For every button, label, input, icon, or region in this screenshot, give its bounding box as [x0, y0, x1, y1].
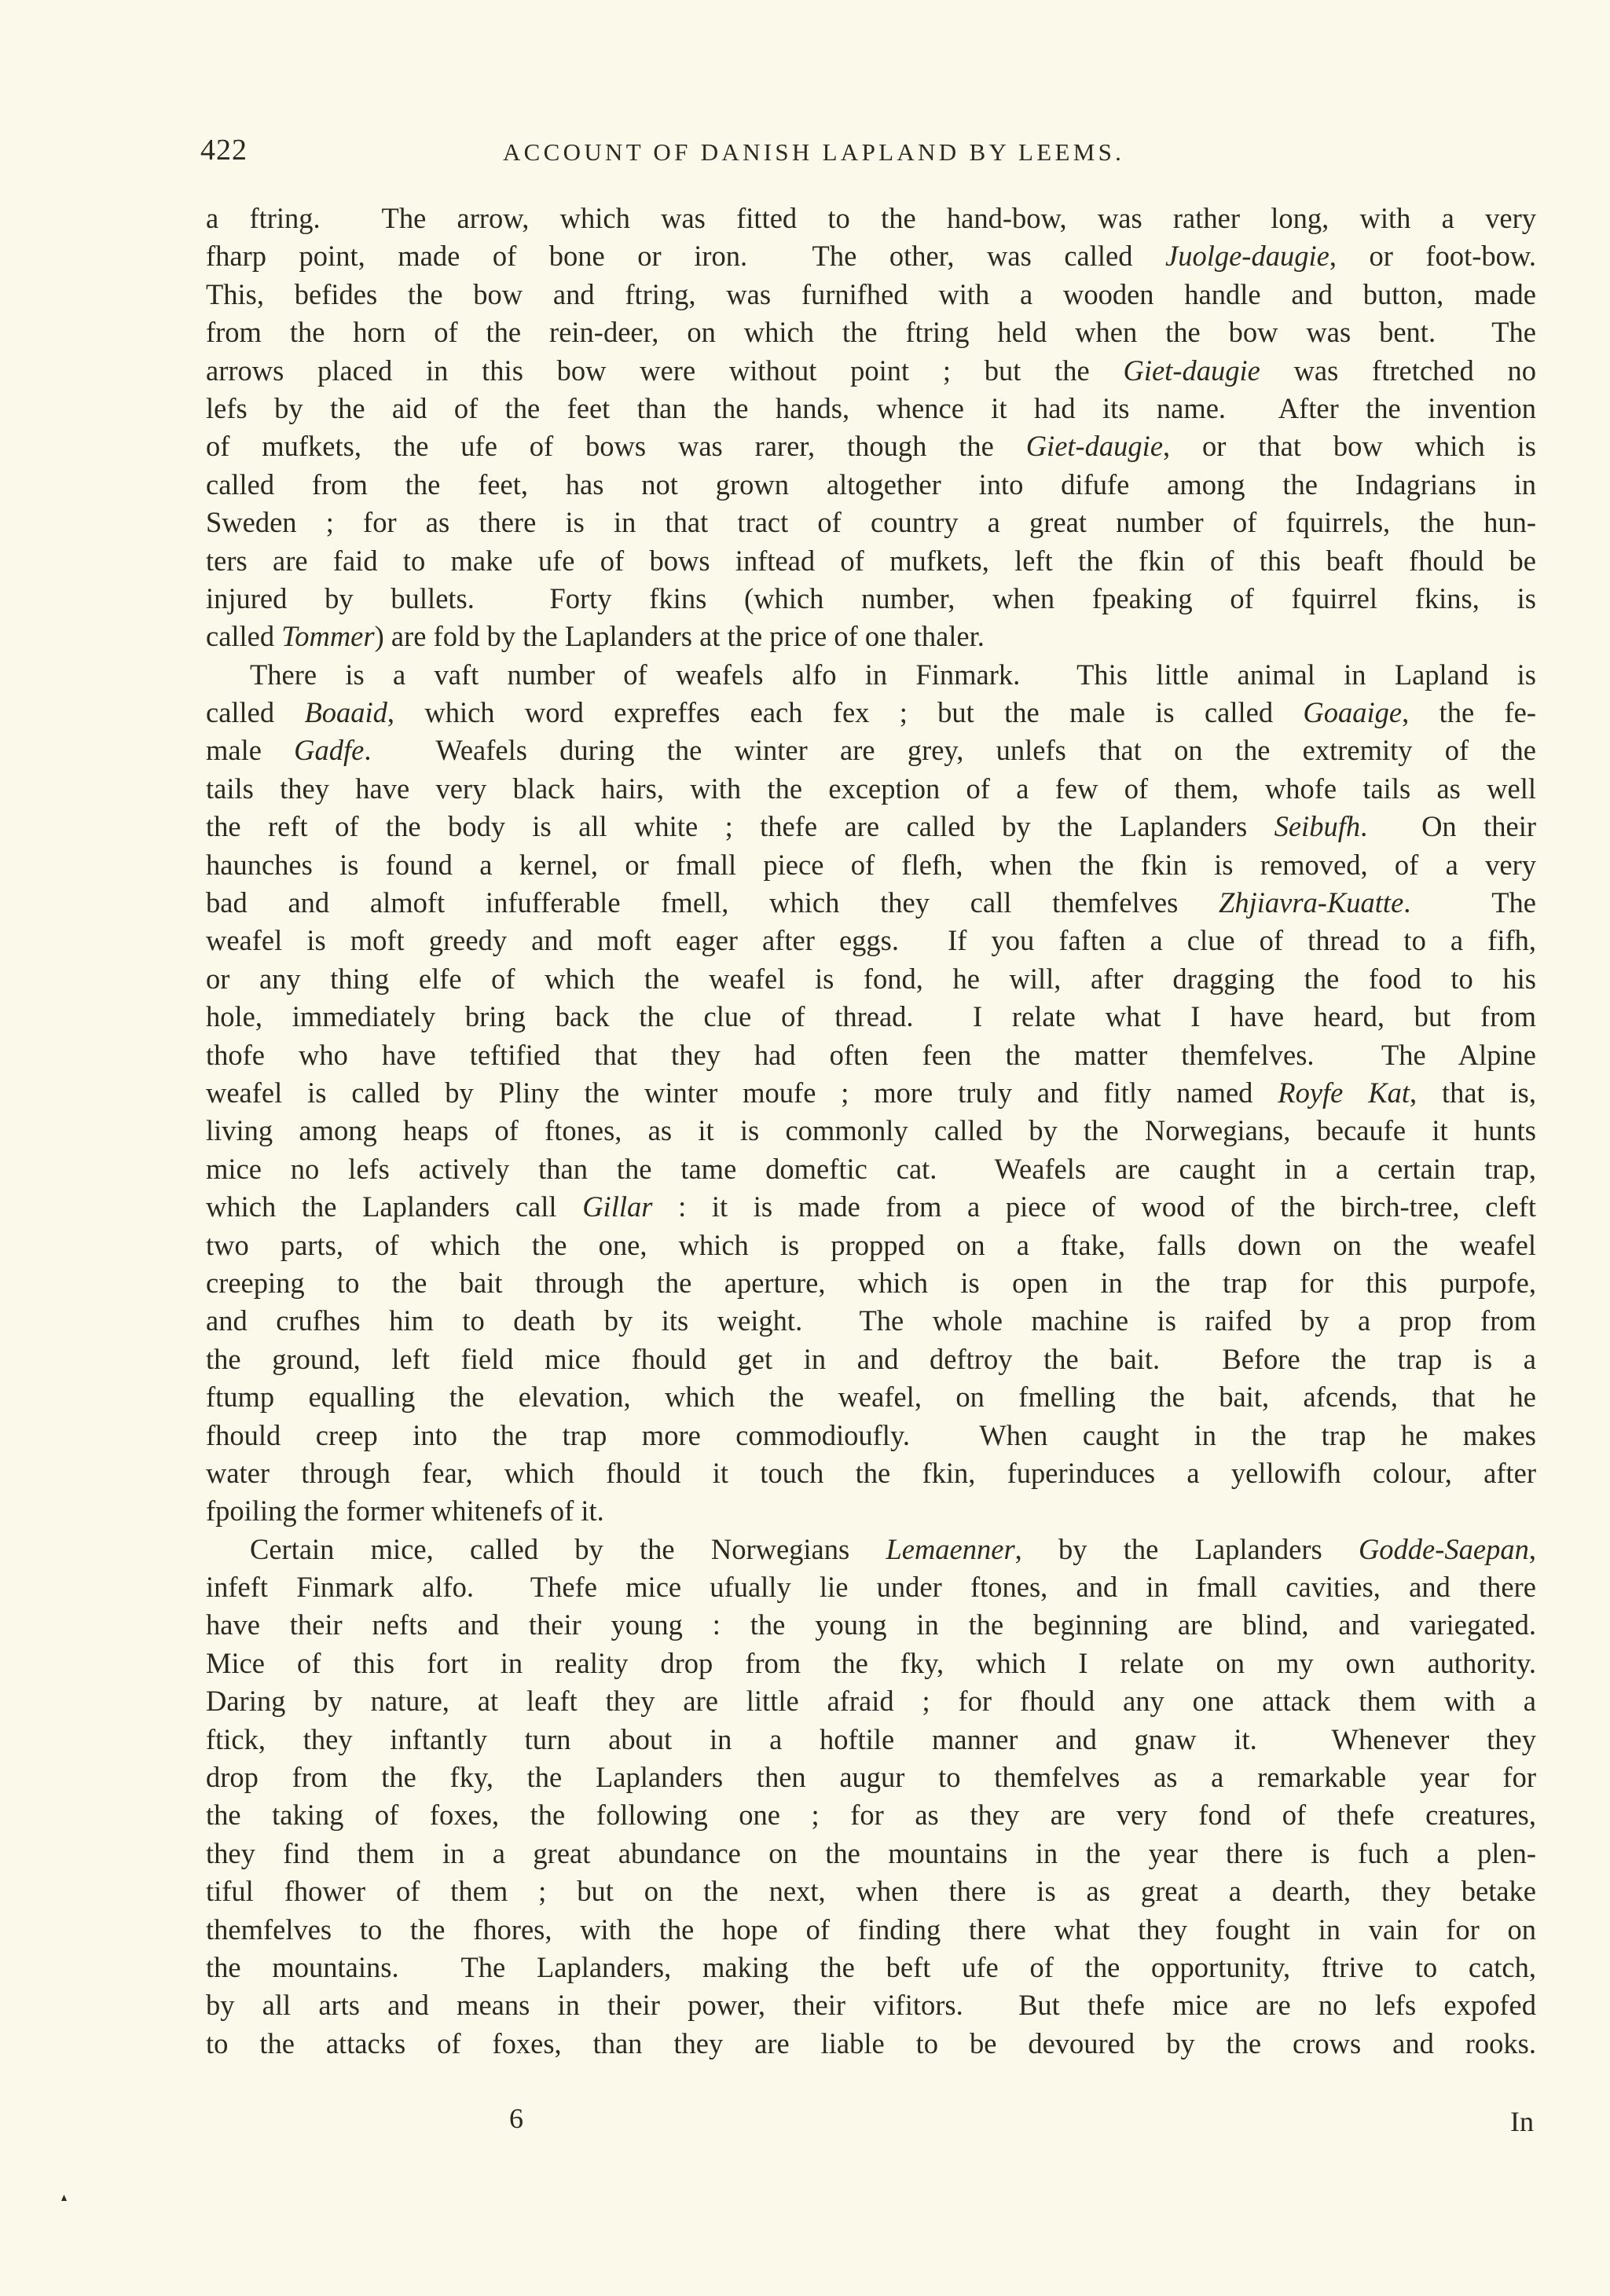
ink-speck — [61, 2195, 67, 2201]
italic-term: Royfe Kat — [1278, 1076, 1410, 1109]
text-run: themfelves to the fhores, with the hope … — [206, 1913, 1536, 1946]
italic-term: Giet-daugie — [1026, 430, 1163, 462]
text-line: the reft of the body is all white ; thef… — [206, 808, 1536, 845]
text-run: hole, immediately bring back the clue of… — [206, 1000, 1536, 1032]
text-line: they find them in a great abundance on t… — [206, 1835, 1536, 1872]
text-run: haunches is found a kernel, or fmall pie… — [206, 849, 1536, 881]
text-run: thofe who have teftified that they had o… — [206, 1039, 1536, 1071]
text-run: , — [1529, 1533, 1536, 1565]
text-line: two parts, of which the one, which is pr… — [206, 1227, 1536, 1264]
text-run: male — [206, 734, 294, 766]
text-line: arrows placed in this bow were without p… — [206, 352, 1536, 390]
text-line: from the horn of the rein-deer, on which… — [206, 314, 1536, 351]
running-head-title: ACCOUNT OF DANISH LAPLAND BY LEEMS. — [503, 133, 1124, 172]
text-run: ftick, they inftantly turn about in a ho… — [206, 1723, 1536, 1755]
text-run: have their nefts and their young : the y… — [206, 1608, 1536, 1641]
text-run: of mufkets, the ufe of bows was rarer, t… — [206, 430, 1026, 462]
text-run: called — [206, 620, 281, 652]
text-line: bad and almoft infufferable fmell, which… — [206, 884, 1536, 922]
text-run: the taking of foxes, the following one ;… — [206, 1799, 1536, 1831]
text-line: This, befides the bow and ftring, was fu… — [206, 276, 1536, 314]
text-line: hole, immediately bring back the clue of… — [206, 998, 1536, 1036]
text-line: called from the feet, has not grown alto… — [206, 466, 1536, 504]
text-run: drop from the fky, the Laplanders then a… — [206, 1761, 1536, 1793]
text-line: living among heaps of ftones, as it is c… — [206, 1112, 1536, 1150]
text-run: two parts, of which the one, which is pr… — [206, 1229, 1536, 1261]
text-line: of mufkets, the ufe of bows was rarer, t… — [206, 427, 1536, 465]
italic-term: Lemaenner — [886, 1533, 1014, 1565]
text-run: , or that bow which is — [1163, 430, 1536, 462]
italic-term: Giet-daugie — [1123, 354, 1260, 387]
text-run: bad and almoft infufferable fmell, which… — [206, 886, 1219, 919]
text-run: . On their — [1360, 810, 1536, 842]
text-run: , that is, — [1410, 1076, 1536, 1109]
text-run: living among heaps of ftones, as it is c… — [206, 1114, 1536, 1146]
text-line: thofe who have teftified that they had o… — [206, 1036, 1536, 1074]
text-run: There is a vaft number of weafels alfo i… — [250, 658, 1536, 691]
text-line: water through fear, which fhould it touc… — [206, 1454, 1536, 1492]
text-run: by all arts and means in their power, th… — [206, 1989, 1536, 2021]
italic-term: Juolge-daugie — [1165, 240, 1329, 272]
italic-term: Goaaige — [1303, 696, 1402, 728]
text-run: fhould creep into the trap more commodio… — [206, 1419, 1536, 1451]
text-line: haunches is found a kernel, or fmall pie… — [206, 846, 1536, 884]
text-line: ftick, they inftantly turn about in a ho… — [206, 1721, 1536, 1759]
text-line: themfelves to the fhores, with the hope … — [206, 1911, 1536, 1949]
text-line: infeft Finmark alfo. Thefe mice ufually … — [206, 1568, 1536, 1606]
text-run: Mice of this fort in reality drop from t… — [206, 1647, 1536, 1679]
text-line: male Gadfe. Weafels during the winter ar… — [206, 732, 1536, 769]
text-line: tiful fhower of them ; but on the next, … — [206, 1872, 1536, 1910]
italic-term: Seibufh — [1274, 810, 1360, 842]
text-line: called Boaaid, which word expreffes each… — [206, 694, 1536, 732]
text-line: the ground, left field mice fhould get i… — [206, 1341, 1536, 1378]
text-run: to the attacks of foxes, than they are l… — [206, 2027, 1536, 2059]
text-run: injured by bullets. Forty fkins (which n… — [206, 582, 1536, 614]
text-run: . Weafels during the winter are grey, un… — [364, 734, 1536, 766]
text-run: This, befides the bow and ftring, was fu… — [206, 278, 1536, 310]
text-line: lefs by the aid of the feet than the han… — [206, 390, 1536, 427]
text-run: weafel is moft greedy and moft eager aft… — [206, 924, 1536, 956]
text-line: the taking of foxes, the following one ;… — [206, 1796, 1536, 1834]
text-run: the ground, left field mice fhould get i… — [206, 1343, 1536, 1375]
text-run: arrows placed in this bow were without p… — [206, 354, 1123, 387]
text-run: the mountains. The Laplanders, making th… — [206, 1951, 1536, 1983]
text-line: by all arts and means in their power, th… — [206, 1986, 1536, 2024]
text-line: Mice of this fort in reality drop from t… — [206, 1645, 1536, 1682]
text-run: fpoiling the former whitenefs of it. — [206, 1495, 604, 1527]
signature-mark: 6 — [509, 2100, 523, 2137]
text-run: infeft Finmark alfo. Thefe mice ufually … — [206, 1571, 1536, 1603]
text-line: mice no lefs actively than the tame dome… — [206, 1150, 1536, 1188]
text-run: , which word expreffes each fex ; but th… — [387, 696, 1304, 728]
text-line: ftump equalling the elevation, which the… — [206, 1378, 1536, 1416]
text-run: , or foot-bow. — [1329, 240, 1536, 272]
text-line: creeping to the bait through the apertur… — [206, 1264, 1536, 1302]
text-line: a ftring. The arrow, which was fitted to… — [206, 200, 1536, 237]
text-line: called Tommer) are fold by the Laplander… — [206, 618, 1536, 655]
text-line: fhould creep into the trap more commodio… — [206, 1417, 1536, 1454]
text-line: or any thing elfe of which the weafel is… — [206, 960, 1536, 998]
text-line: to the attacks of foxes, than they are l… — [206, 2025, 1536, 2063]
text-run: mice no lefs actively than the tame dome… — [206, 1153, 1536, 1185]
text-run: the reft of the body is all white ; thef… — [206, 810, 1274, 842]
text-run: ftump equalling the elevation, which the… — [206, 1381, 1536, 1413]
text-run: fharp point, made of bone or iron. The o… — [206, 240, 1165, 272]
italic-term: Gadfe — [294, 734, 364, 766]
text-line: fpoiling the former whitenefs of it. — [206, 1492, 1536, 1530]
text-line: weafel is moft greedy and moft eager aft… — [206, 922, 1536, 959]
text-run: creeping to the bait through the apertur… — [206, 1267, 1536, 1299]
text-run: and crufhes him to death by its weight. … — [206, 1304, 1536, 1337]
text-run: tails they have very black hairs, with t… — [206, 772, 1536, 805]
text-line: and crufhes him to death by its weight. … — [206, 1302, 1536, 1340]
text-run: water through fear, which fhould it touc… — [206, 1457, 1536, 1489]
text-run: ) are fold by the Laplanders at the pric… — [375, 620, 985, 652]
text-line: the mountains. The Laplanders, making th… — [206, 1949, 1536, 1986]
catchword: In — [1510, 2103, 1534, 2140]
text-line: There is a vaft number of weafels alfo i… — [206, 656, 1536, 694]
text-run: ters are faid to make ufe of bows inftea… — [206, 545, 1536, 577]
text-run: called — [206, 696, 304, 728]
text-run: tiful fhower of them ; but on the next, … — [206, 1875, 1536, 1907]
text-run: which the Laplanders call — [206, 1190, 582, 1223]
text-run: called from the feet, has not grown alto… — [206, 468, 1536, 501]
text-run: , by the Laplanders — [1015, 1533, 1359, 1565]
text-run: a ftring. The arrow, which was fitted to… — [206, 202, 1536, 234]
italic-term: Boaaid — [304, 696, 387, 728]
text-run: , the fe- — [1402, 696, 1536, 728]
text-run: Sweden ; for as there is in that tract o… — [206, 506, 1536, 538]
text-line: fharp point, made of bone or iron. The o… — [206, 237, 1536, 275]
italic-term: Gillar — [582, 1190, 652, 1223]
running-head: 422 ACCOUNT OF DANISH LAPLAND BY LEEMS. — [200, 130, 1536, 170]
text-run: was ftretched no — [1260, 354, 1536, 387]
italic-term: Godde-Saepan — [1359, 1533, 1529, 1565]
text-line: ters are faid to make ufe of bows inftea… — [206, 542, 1536, 580]
text-run: Certain mice, called by the Norwegians — [250, 1533, 886, 1565]
book-page: 422 ACCOUNT OF DANISH LAPLAND BY LEEMS. … — [0, 0, 1610, 2296]
text-line: injured by bullets. Forty fkins (which n… — [206, 580, 1536, 618]
text-run: or any thing elfe of which the weafel is… — [206, 963, 1536, 995]
body-text: a ftring. The arrow, which was fitted to… — [206, 200, 1536, 2063]
text-line: which the Laplanders call Gillar : it is… — [206, 1188, 1536, 1226]
text-run: Daring by nature, at leaft they are litt… — [206, 1685, 1536, 1717]
text-line: Daring by nature, at leaft they are litt… — [206, 1682, 1536, 1720]
italic-term: Zhjiavra-Kuatte — [1219, 886, 1403, 919]
text-line: drop from the fky, the Laplanders then a… — [206, 1759, 1536, 1796]
italic-term: Tommer — [281, 620, 374, 652]
text-run: from the horn of the rein-deer, on which… — [206, 316, 1536, 348]
text-line: weafel is called by Pliny the winter mou… — [206, 1074, 1536, 1112]
text-line: Certain mice, called by the Norwegians L… — [206, 1531, 1536, 1568]
page-number: 422 — [200, 130, 248, 170]
text-run: weafel is called by Pliny the winter mou… — [206, 1076, 1278, 1109]
text-line: tails they have very black hairs, with t… — [206, 770, 1536, 808]
text-line: have their nefts and their young : the y… — [206, 1606, 1536, 1644]
text-run: lefs by the aid of the feet than the han… — [206, 392, 1536, 424]
text-run: they find them in a great abundance on t… — [206, 1837, 1536, 1869]
text-run: : it is made from a piece of wood of the… — [652, 1190, 1536, 1223]
text-line: Sweden ; for as there is in that tract o… — [206, 504, 1536, 541]
text-run: . The — [1403, 886, 1536, 919]
